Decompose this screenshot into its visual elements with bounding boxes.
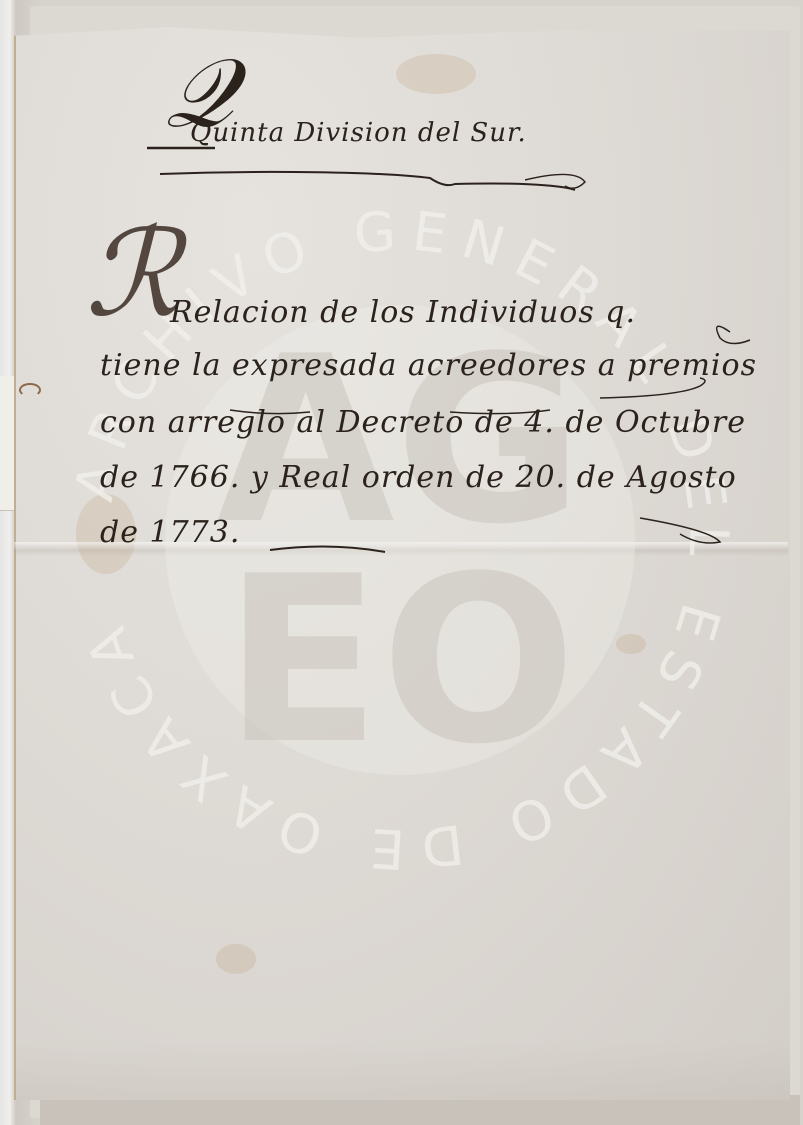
age-stain	[396, 54, 476, 94]
body-initial-r: ℛ	[85, 215, 181, 335]
binding-thread-icon	[19, 383, 41, 397]
body-line-2: tiene la expresada acreedores a premios	[100, 348, 757, 383]
body-line-3: con arreglo al Decreto de 4. de Octubre	[100, 405, 746, 440]
age-stain	[616, 634, 646, 654]
age-stain	[216, 944, 256, 974]
binding-strip	[0, 0, 16, 1125]
manuscript-page	[14, 14, 790, 1100]
heading-text: Quinta Division del Sur.	[190, 118, 527, 148]
binding-tab	[0, 376, 16, 511]
body-line-5: de 1773.	[100, 515, 240, 550]
body-line-1: Relacion de los Individuos q.	[170, 295, 636, 330]
body-line-4: de 1766. y Real orden de 20. de Agosto	[100, 460, 737, 495]
